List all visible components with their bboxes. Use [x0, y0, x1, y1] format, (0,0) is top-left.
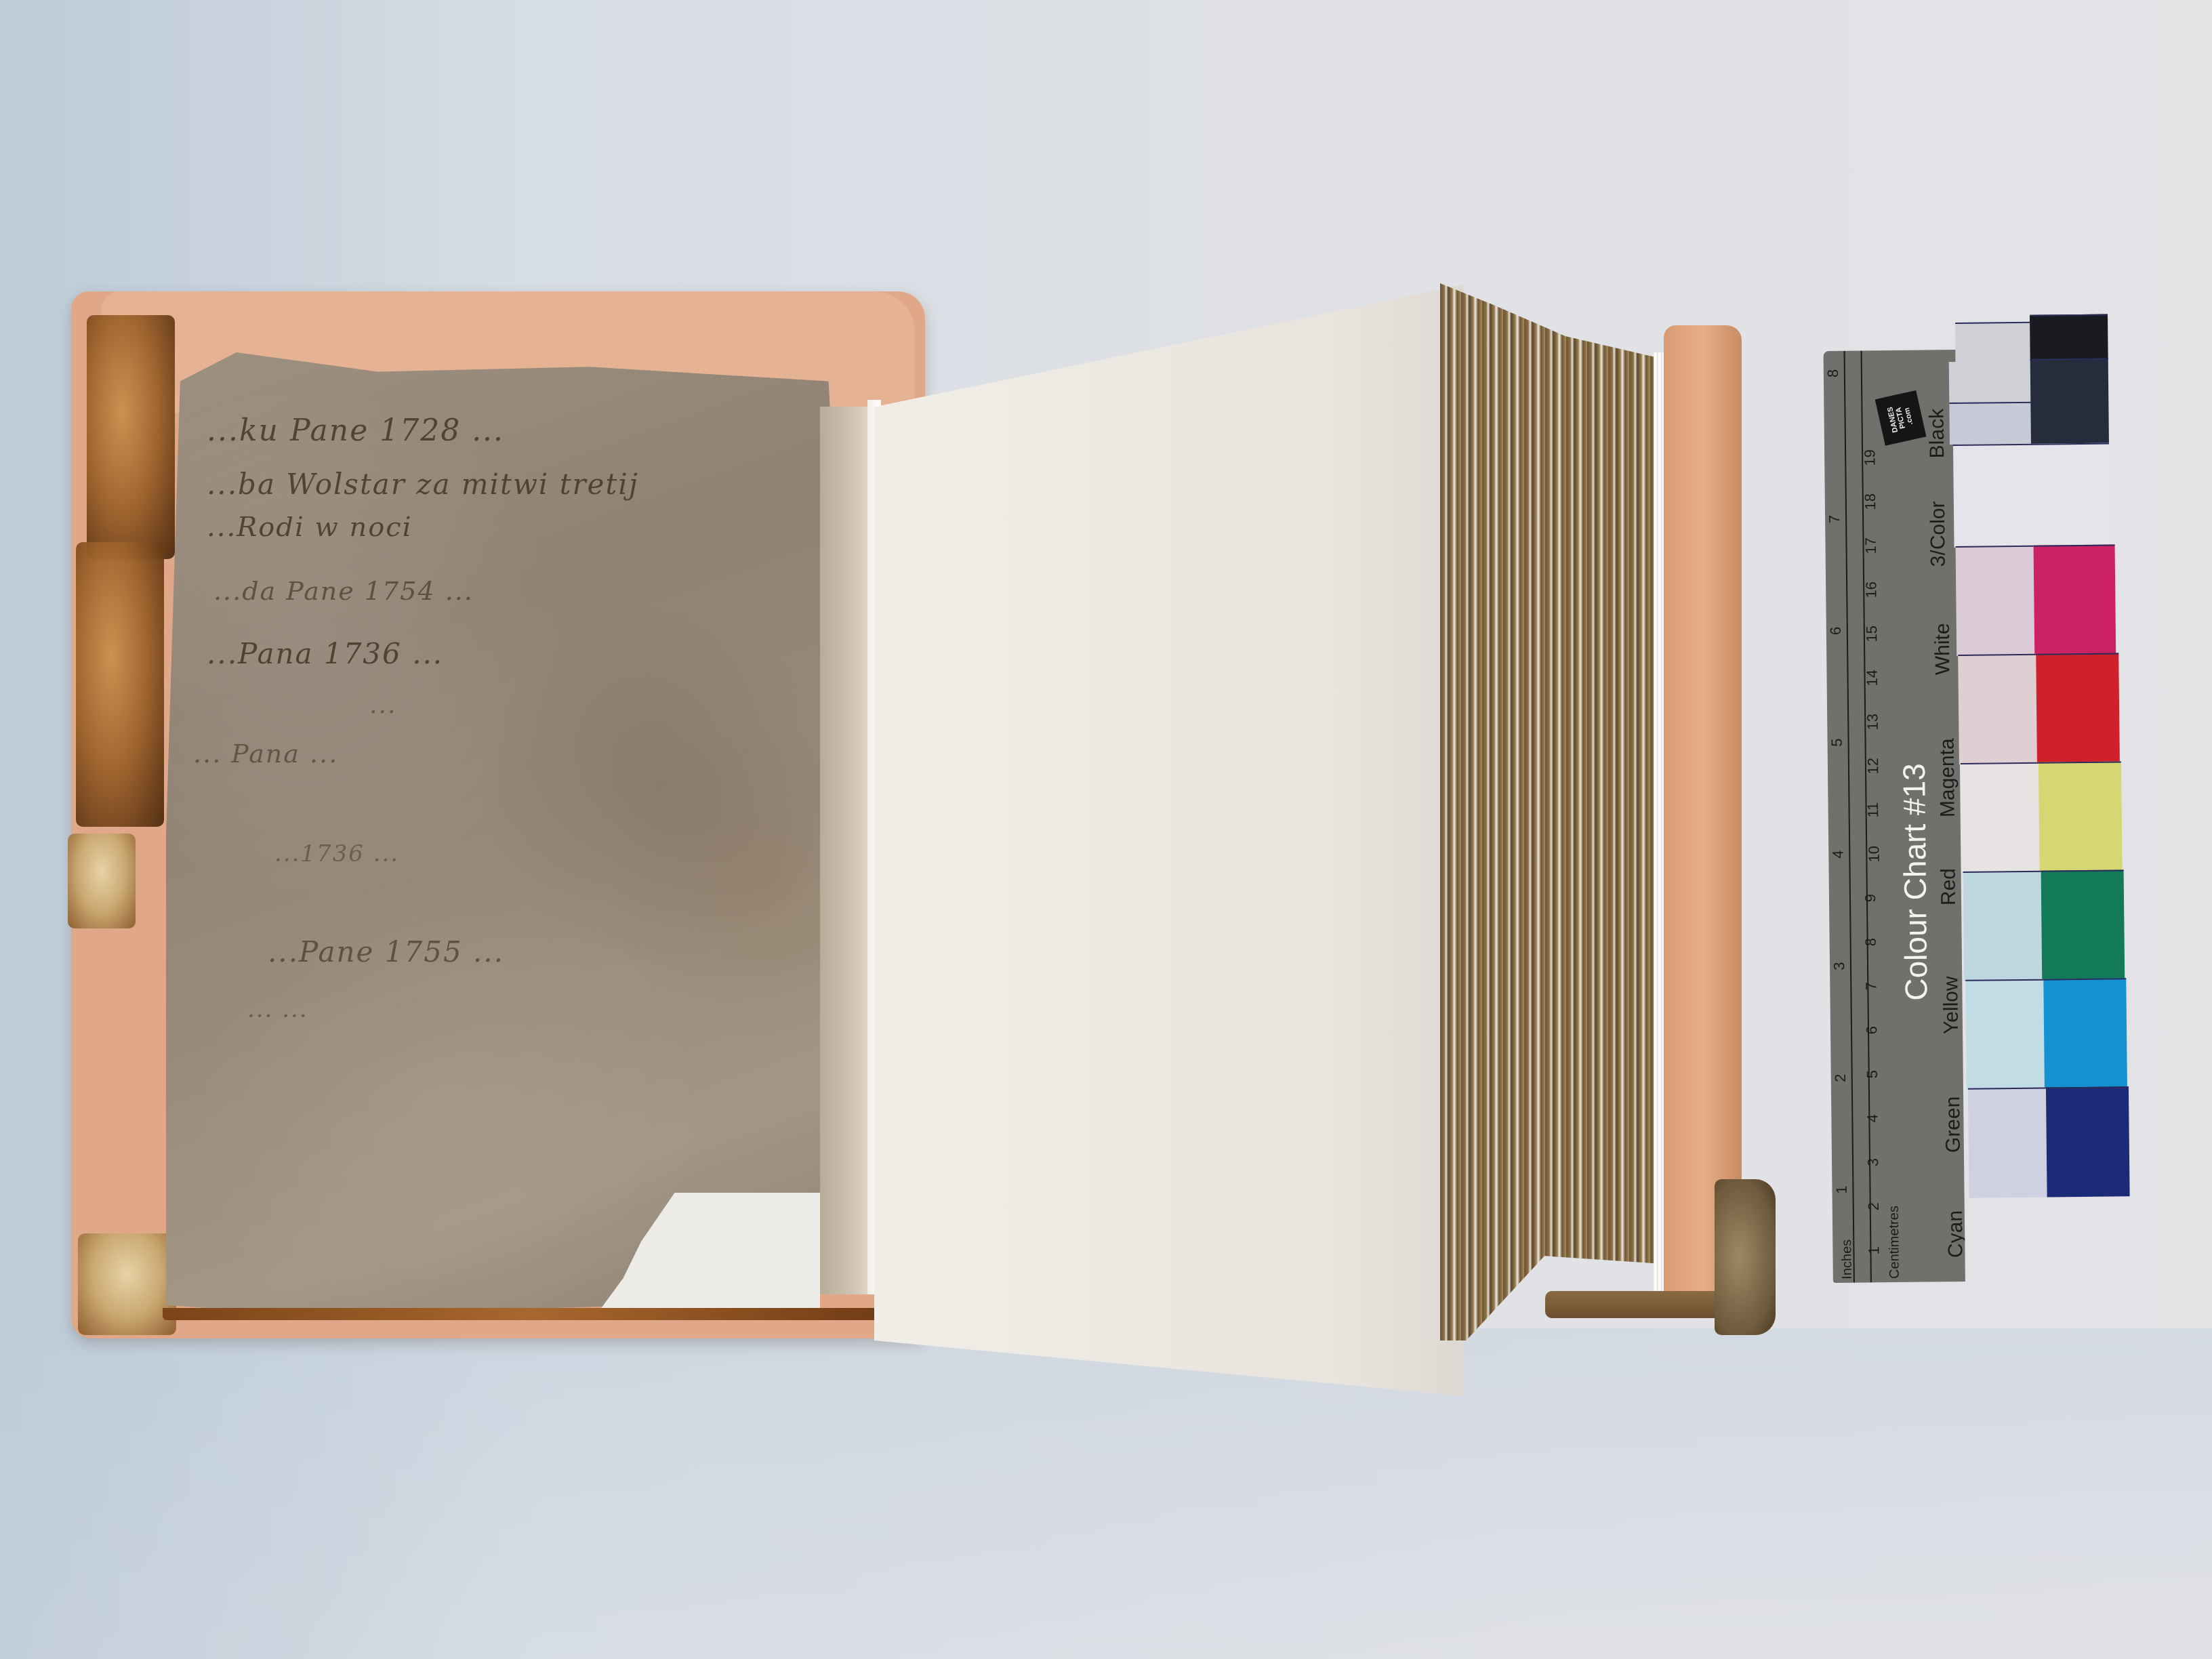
- cover-bottom-edge: [163, 1308, 901, 1320]
- swatch-blue-full: [2046, 1086, 2130, 1197]
- manuscript-line: ...ku Pane 1728 ...: [207, 413, 504, 448]
- patch-label-cyan: Cyan: [1944, 1210, 1965, 1258]
- cm-tick-label: 3: [1864, 1158, 1882, 1167]
- cm-tick-label: 7: [1862, 982, 1880, 991]
- patch-label-white: White: [1931, 623, 1955, 675]
- inch-scale-line: [1844, 351, 1855, 1283]
- centimetres-label: Centimetres: [1887, 1206, 1903, 1279]
- patch-label-black: Black: [1925, 409, 1949, 459]
- pastedown-hinge: [820, 407, 874, 1294]
- inch-tick-label: 7: [1826, 515, 1843, 524]
- cm-tick-label: 13: [1864, 714, 1881, 731]
- cm-tick-label: 14: [1864, 670, 1881, 687]
- cm-tick-label: 4: [1864, 1114, 1881, 1123]
- manuscript-line: ... ...: [247, 996, 308, 1023]
- background-table: [0, 1328, 2212, 1659]
- manuscript-line: ...Pane 1755 ...: [268, 935, 504, 968]
- manuscript-line: ...da Pane 1754 ...: [213, 576, 474, 606]
- swatch-blue-tint: [1968, 1088, 2047, 1198]
- leather-corner-patch: [1715, 1179, 1776, 1335]
- cm-tick-label: 16: [1862, 581, 1880, 598]
- inch-tick-label: 6: [1827, 627, 1845, 636]
- blank-flyleaf-page: [874, 285, 1464, 1396]
- cm-tick-label: 15: [1863, 626, 1881, 642]
- cm-tick-label: 19: [1861, 449, 1879, 466]
- inch-tick-label: 5: [1828, 739, 1846, 747]
- manuscript-line: ...: [369, 691, 396, 719]
- patch-label-magenta: Magenta: [1936, 738, 1960, 817]
- cm-tick-label: 10: [1865, 846, 1883, 863]
- cm-tick-label: 18: [1862, 493, 1879, 510]
- cm-tick-label: 12: [1864, 758, 1882, 775]
- chart-title: Colour Chart #13: [1896, 763, 1935, 1001]
- manuscript-line: ...1736 ...: [274, 840, 399, 867]
- cm-tick-label: 17: [1862, 537, 1880, 554]
- swatch-cyan-tint: [1965, 979, 2045, 1090]
- patch-label-green: Green: [1942, 1096, 1965, 1153]
- swatch-yellow-tint: [1961, 762, 2040, 873]
- swatch-red-tint: [1958, 654, 2037, 764]
- leather-repair-patch: [76, 542, 164, 827]
- cm-tick-label: 8: [1862, 938, 1880, 947]
- patch-label-yellow: Yellow: [1940, 976, 1963, 1034]
- danes-picta-logo: DANES PICTA .com: [1875, 390, 1927, 446]
- swatch-black-tint: [1955, 322, 2030, 363]
- inch-tick-label: 4: [1829, 851, 1847, 859]
- leather-repair-patch: [78, 1233, 176, 1335]
- swatch-red-full: [2036, 653, 2120, 763]
- colour-chart: DANES PICTA .com 1 2 3 4 5 6 7 8 1 2 3 4…: [1823, 314, 2121, 1293]
- inches-label: Inches: [1839, 1240, 1856, 1279]
- swatch-green-full: [2041, 869, 2125, 980]
- ruler-strip: DANES PICTA .com 1 2 3 4 5 6 7 8 1 2 3 4…: [1824, 350, 1965, 1283]
- inch-tick-label: 1: [1833, 1186, 1851, 1195]
- manuscript-line: ...Pana 1736 ...: [207, 637, 443, 670]
- swatch-magenta-full: [2034, 545, 2116, 655]
- cm-tick-label: 6: [1863, 1026, 1881, 1035]
- swatch-black-tint: [1949, 361, 2031, 403]
- cm-tick-label: 1: [1865, 1246, 1883, 1255]
- book-back-cover: [1664, 325, 1742, 1308]
- inch-tick-label: 3: [1830, 962, 1848, 971]
- inch-tick-label: 8: [1824, 369, 1842, 378]
- swatch-white: [1953, 443, 2110, 548]
- patch-label-red: Red: [1938, 868, 1961, 905]
- swatch-3color-tint: [1949, 402, 2034, 445]
- manuscript-pastedown-page: ...ku Pane 1728 ... ...ba Wolstar za mit…: [166, 352, 871, 1315]
- cm-tick-label: 11: [1864, 802, 1882, 818]
- leather-repair-patch: [87, 315, 175, 559]
- manuscript-line: ...ba Wolstar za mitwi tretij: [207, 468, 639, 501]
- leather-repair-patch: [68, 834, 136, 928]
- swatch-cyan-full: [2043, 978, 2127, 1088]
- cm-tick-label: 2: [1865, 1202, 1883, 1211]
- patch-label-3color: 3/Color: [1927, 501, 1950, 567]
- swatch-yellow-full: [2039, 761, 2123, 872]
- manuscript-line: ... Pana ...: [193, 739, 338, 769]
- manuscript-line: ...Rodi w noci: [207, 512, 412, 543]
- cm-tick-label: 5: [1864, 1070, 1881, 1079]
- inch-tick-label: 2: [1832, 1074, 1849, 1083]
- cm-tick-label: 9: [1862, 894, 1879, 903]
- swatch-magenta-tint: [1956, 546, 2035, 656]
- swatch-3color-full: [2030, 359, 2109, 445]
- swatch-black-full: [2030, 314, 2108, 361]
- swatch-green-tint: [1963, 871, 2043, 981]
